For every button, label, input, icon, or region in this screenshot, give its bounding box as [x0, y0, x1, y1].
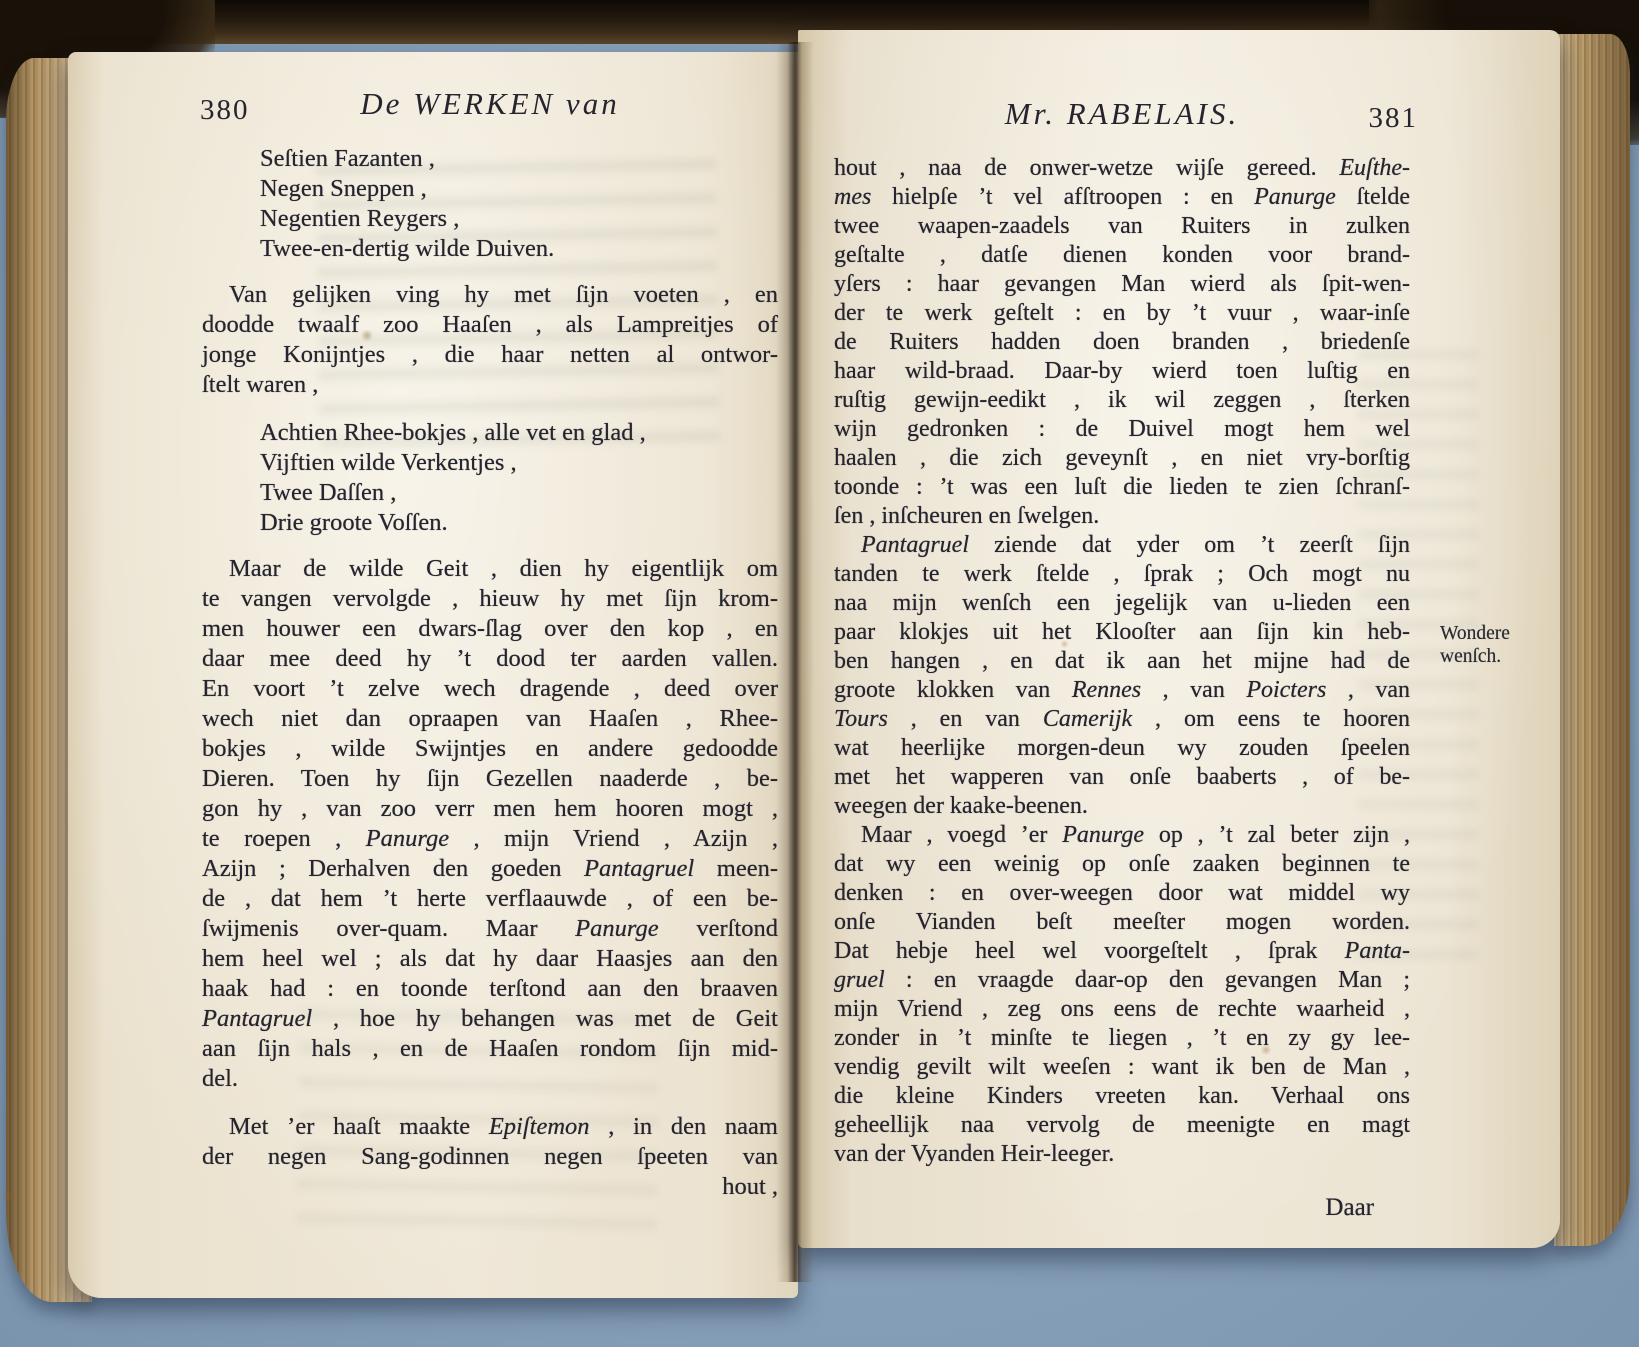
page-edge-stack-right [1554, 34, 1630, 1246]
text-line: geheellijk naa vervolg de meenigte en ma… [834, 1111, 1410, 1140]
text-line: van der Vyanden Heir-leeger. [834, 1140, 1410, 1169]
text-line: denken : en over-weegen door wat middel … [834, 879, 1410, 908]
text-line: ruſtig gewijn-eedikt , ik wil zeggen , ſ… [834, 386, 1410, 415]
text-line: hout , [202, 1172, 778, 1202]
left-page: 380 De WERKEN van Seſtien Fazanten ,Nege… [68, 52, 798, 1298]
text-line: Seſtien Fazanten , [260, 144, 778, 174]
text-line: te roepen , Panurge , mijn Vriend , Azij… [202, 824, 778, 854]
running-title: De WERKEN van [202, 86, 778, 122]
text-line: haar wild-braad. Daar-by wierd toen luſt… [834, 357, 1410, 386]
text-line: te vangen vervolgde , hieuw hy met ſijn … [202, 584, 778, 614]
text-line: ſwijmenis over-quam. Maar Panurge verſto… [202, 914, 778, 944]
text-line: met het wapperen van onſe baaberts , of … [834, 763, 1410, 792]
text-line: hem heel wel ; als dat hy daar Haasjes a… [202, 944, 778, 974]
text-line: mes hielpſe ’t vel afſtroopen : en Panur… [834, 183, 1410, 212]
text-line: vendig gevilt wilt weeſen : want ik ben … [834, 1053, 1410, 1082]
verse-block: Seſtien Fazanten ,Negen Sneppen ,Negenti… [202, 144, 778, 264]
text-line: dat wy een weinig op onſe zaaken beginne… [834, 850, 1410, 879]
paragraph: Met ’er haaſt maakte Epiſtemon , in den … [202, 1112, 778, 1202]
text-line: Pantagruel , hoe hy behangen was met de … [202, 1004, 778, 1034]
text-line: Negen Sneppen , [260, 174, 778, 204]
text-line: Twee Daſſen , [260, 478, 778, 508]
page-number: 380 [200, 94, 250, 127]
book-gutter-shadow [776, 42, 814, 1282]
right-page: Mr. RABELAIS. 381 hout , naa de onwer-we… [798, 30, 1560, 1248]
text-line: wat heerlijke morgen-deun wy zouden ſpee… [834, 734, 1410, 763]
text-line: jonge Konijntjes , die haar netten al on… [202, 340, 778, 370]
text-line: Drie groote Voſſen. [260, 508, 778, 538]
text-line: gruel : en vraagde daar-op den gevangen … [834, 966, 1410, 995]
page-number: 381 [1369, 102, 1419, 135]
text-line: Dat hebje heel wel voorgeſtelt , ſprak P… [834, 937, 1410, 966]
text-line: Van gelijken ving hy met ſijn voeten , e… [202, 280, 778, 310]
margin-note: Wondere wenſch. [1440, 622, 1560, 668]
paragraph: Maar de wilde Geit , dien hy eigentlijk … [202, 554, 778, 1094]
photo-of-open-book: { "colors": { "background_blue": "#87a0b… [0, 0, 1639, 1347]
text-line: Azijn ; Derhalven den goeden Pantagruel … [202, 854, 778, 884]
text-line: ben hangen , en dat ik aan het mijne had… [834, 647, 1410, 676]
paragraph: Pantagruel ziende dat yder om ’t zeerſt … [834, 531, 1410, 821]
paragraph: hout , naa de onwer-wetze wijſe gereed. … [834, 154, 1410, 531]
text-line: haalen , die zich geveynſt , en niet vry… [834, 444, 1410, 473]
text-line: de , dat hem ’t herte verflaauwde , of e… [202, 884, 778, 914]
text-line: tanden te werk ſtelde , ſprak ; Och mogt… [834, 560, 1410, 589]
text-line: En voort ’t zelve wech dragende , deed o… [202, 674, 778, 704]
verse-block: Achtien Rhee-bokjes , alle vet en glad ,… [202, 418, 778, 538]
text-line: onſe Vianden beſt meeſter mogen worden. [834, 908, 1410, 937]
text-line: ſtelt waren , [202, 370, 778, 400]
text-line: aan ſijn hals , en de Haaſen rondom ſijn… [202, 1034, 778, 1064]
text-line: Met ’er haaſt maakte Epiſtemon , in den … [202, 1112, 778, 1142]
text-line: paar klokjes uit het Klooſter aan ſijn k… [834, 618, 1410, 647]
text-line: Tours , en van Camerijk , om eens te hoo… [834, 705, 1410, 734]
paragraph: Maar , voegd ’er Panurge op , ’t zal bet… [834, 821, 1410, 1169]
left-page-text-column: 380 De WERKEN van Seſtien Fazanten ,Nege… [202, 86, 778, 1202]
catchword: Daar [834, 1193, 1410, 1223]
text-line: doodde twaalf zoo Haaſen , als Lampreitj… [202, 310, 778, 340]
text-line: del. [202, 1064, 778, 1094]
text-line: de Ruiters hadden doen branden , brieden… [834, 328, 1410, 357]
running-title: Mr. RABELAIS. [834, 96, 1410, 132]
right-page-header: Mr. RABELAIS. 381 [834, 96, 1410, 144]
text-line: yſers : haar gevangen Man wierd als ſpit… [834, 270, 1410, 299]
text-line: mijn Vriend , zeg ons eens de rechte waa… [834, 995, 1410, 1024]
text-line: men houwer een dwars-ſlag over den kop ,… [202, 614, 778, 644]
text-line: twee waapen-zaadels van Ruiters in zulke… [834, 212, 1410, 241]
text-line: ſen , inſcheuren en ſwelgen. [834, 502, 1410, 531]
text-line: Twee-en-dertig wilde Duiven. [260, 234, 778, 264]
text-line: Maar , voegd ’er Panurge op , ’t zal bet… [834, 821, 1410, 850]
text-line: Maar de wilde Geit , dien hy eigentlijk … [202, 554, 778, 584]
text-line: Negentien Reygers , [260, 204, 778, 234]
left-page-body: Seſtien Fazanten ,Negen Sneppen ,Negenti… [202, 144, 778, 1202]
text-line: geſtalte , datſe dienen konden voor bran… [834, 241, 1410, 270]
text-line: der negen Sang-godinnen negen ſpeeten va… [202, 1142, 778, 1172]
text-line: toonde : ’t was een luſt die lieden te z… [834, 473, 1410, 502]
text-line: wijn gedronken : de Duivel mogt hem wel [834, 415, 1410, 444]
text-line: groote klokken van Rennes , van Poicters… [834, 676, 1410, 705]
text-line: Dieren. Toen hy ſijn Gezellen naaderde ,… [202, 764, 778, 794]
text-line: Vijftien wilde Verkentjes , [260, 448, 778, 478]
text-line: der te werk geſtelt : en by ’t vuur , wa… [834, 299, 1410, 328]
text-line: Achtien Rhee-bokjes , alle vet en glad , [260, 418, 778, 448]
text-line: naa mijn wenſch een jegelijk van u-liede… [834, 589, 1410, 618]
right-page-body: hout , naa de onwer-wetze wijſe gereed. … [834, 154, 1410, 1169]
text-line: bokjes , wilde Swijntjes en andere gedoo… [202, 734, 778, 764]
text-line: hout , naa de onwer-wetze wijſe gereed. … [834, 154, 1410, 183]
text-line: wech niet dan opraapen van Haaſen , Rhee… [202, 704, 778, 734]
text-line: gon hy , van zoo verr men hem hooren mog… [202, 794, 778, 824]
text-line: Pantagruel ziende dat yder om ’t zeerſt … [834, 531, 1410, 560]
paragraph: Van gelijken ving hy met ſijn voeten , e… [202, 280, 778, 400]
text-line: zonder in ’t minſte te liegen , ’t en zy… [834, 1024, 1410, 1053]
text-line: daar mee deed hy ’t dood ter aarden vall… [202, 644, 778, 674]
text-line: haak had : en toonde terſtond aan den br… [202, 974, 778, 1004]
text-line: weegen der kaake-beenen. [834, 792, 1410, 821]
right-page-text-column: Mr. RABELAIS. 381 hout , naa de onwer-we… [834, 96, 1410, 1223]
text-line: die kleine Kinders vreeten kan. Verhaal … [834, 1082, 1410, 1111]
left-page-header: 380 De WERKEN van [202, 86, 778, 134]
